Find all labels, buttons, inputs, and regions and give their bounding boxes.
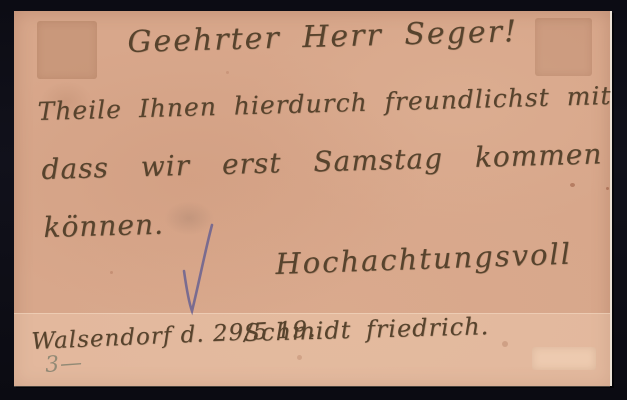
fox-spot — [110, 271, 113, 274]
blue-pencil-checkmark-icon — [162, 207, 218, 319]
body-line-3: können. — [43, 208, 164, 244]
faded-stamp-patch-top-right — [535, 18, 592, 76]
fox-spot — [502, 341, 508, 347]
greeting-line: Geehrter Herr Seger! — [127, 14, 518, 60]
pencil-note: 3— — [44, 350, 84, 378]
body-line-2: dass wir erst Samstag kommen — [41, 137, 603, 186]
postcard: Geehrter Herr Seger! Theile Ihnen hierdu… — [14, 11, 612, 386]
fox-spot — [570, 183, 575, 187]
faded-patch-bottom-right — [532, 347, 596, 370]
fox-spot — [297, 355, 302, 360]
closing-line: Hochachtungsvoll — [275, 237, 573, 281]
faded-stamp-patch-top-left — [37, 21, 97, 79]
body-line-1: Theile Ihnen hierdurch freundlichst mit — [37, 81, 612, 126]
fox-spot — [226, 71, 229, 74]
scanner-background: Geehrter Herr Seger! Theile Ihnen hierdu… — [0, 0, 627, 400]
fox-spot — [606, 187, 609, 190]
